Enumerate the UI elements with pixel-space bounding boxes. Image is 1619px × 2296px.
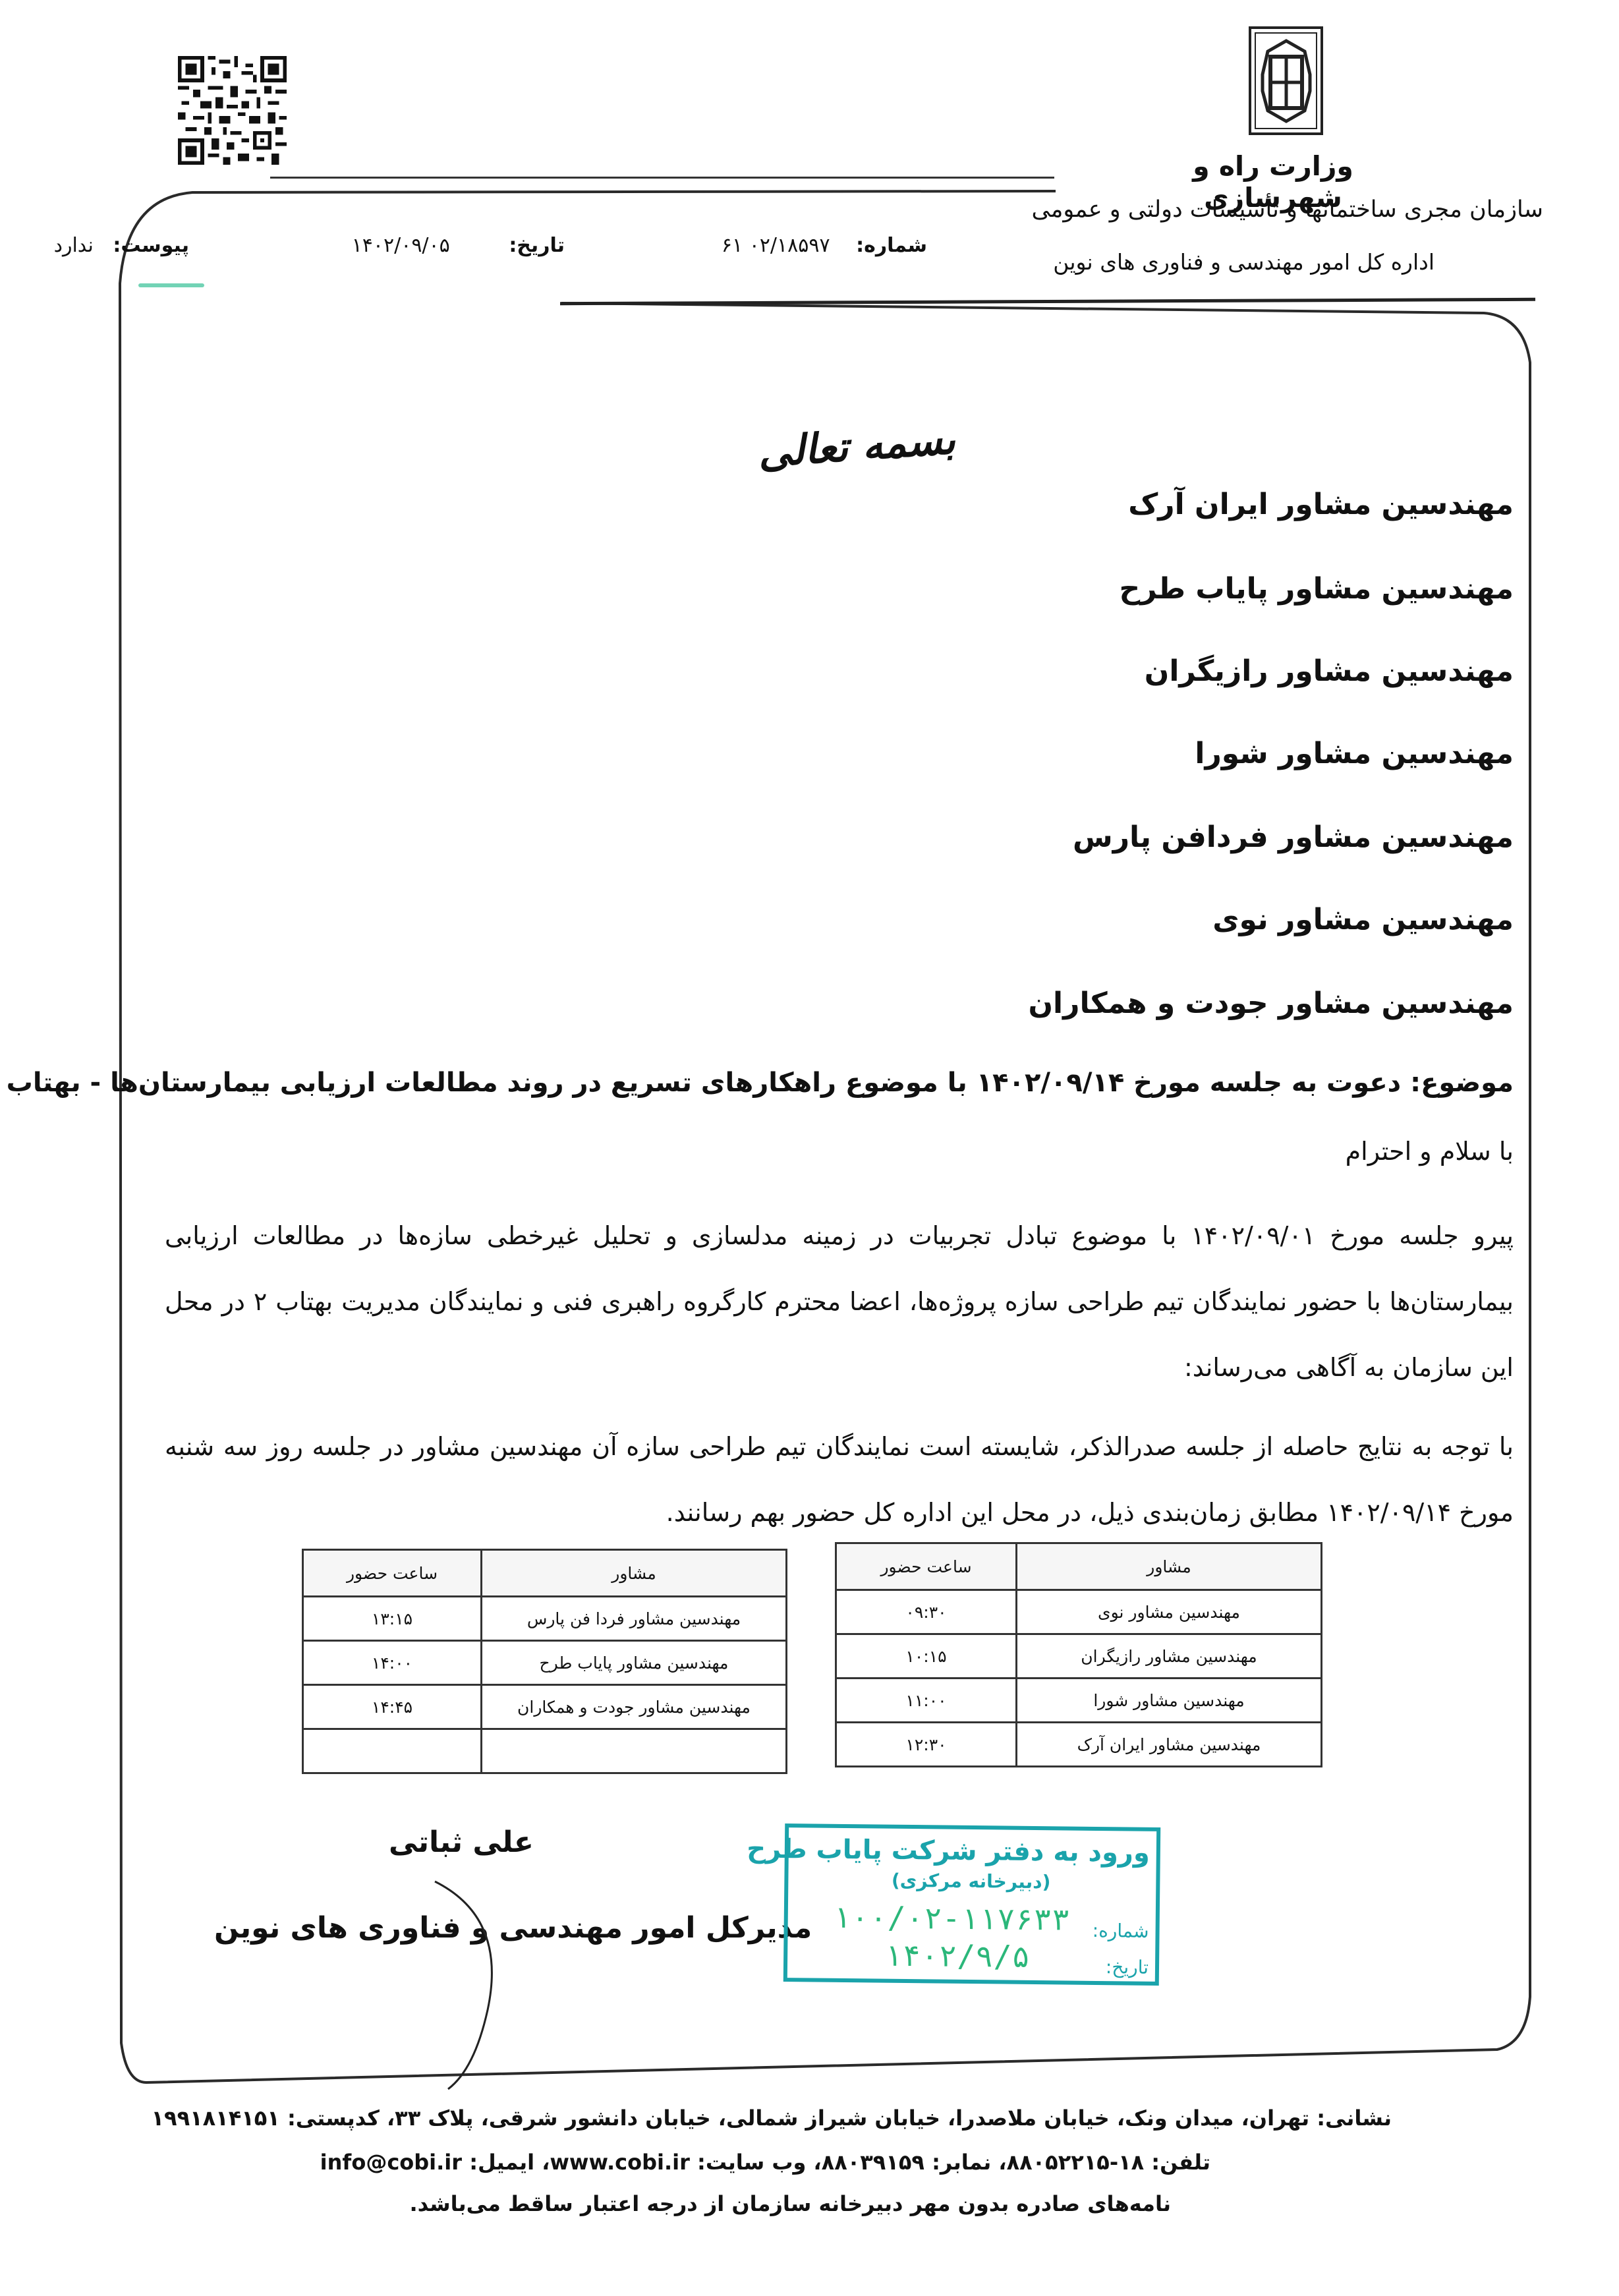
number-label: شماره: bbox=[856, 234, 927, 257]
recipient: مهندسین مشاور پایاب طرح bbox=[1120, 572, 1514, 606]
stamp-subtitle: (دبیرخانه مرکزی) bbox=[892, 1870, 1051, 1893]
letter-subject: موضوع: دعوت به جلسه مورخ ۱۴۰۲/۰۹/۱۴ با م… bbox=[0, 1068, 1514, 1098]
qr-code-icon bbox=[178, 56, 287, 165]
schedule-table-2: مشاور ساعت حضور مهندسین مشاور فردا فن پا… bbox=[302, 1549, 787, 1774]
attachment-value: ندارد bbox=[54, 234, 94, 257]
recipient: مهندسین مشاور جودت و همکاران bbox=[1028, 987, 1514, 1020]
time-cell: ۱۲:۳۰ bbox=[836, 1723, 1017, 1767]
body-paragraph-2: با توجه به نتایج حاصله از جلسه صدرالذکر،… bbox=[165, 1414, 1514, 1545]
window-octagon-emblem-icon bbox=[1255, 32, 1317, 129]
consultant-cell: مهندسین مشاور شورا bbox=[1017, 1679, 1322, 1723]
received-stamp: ورود به دفتر شرکت پایاب طرح (دبیرخانه مر… bbox=[783, 1823, 1160, 1986]
recipient: مهندسین مشاور نوی bbox=[1212, 903, 1514, 936]
stamp-date-label: تاریخ: bbox=[1106, 1956, 1149, 1978]
time-cell: ۰۹:۳۰ bbox=[836, 1590, 1017, 1634]
recipient: مهندسین مشاور رازیگران bbox=[1145, 654, 1514, 688]
signer-name: علی ثباتی bbox=[389, 1825, 534, 1859]
date-value: ۱۴۰۲/۰۹/۰۵ bbox=[352, 234, 450, 257]
time-cell: ۱۰:۱۵ bbox=[836, 1634, 1017, 1679]
handwritten-mark bbox=[138, 283, 204, 287]
table-row bbox=[303, 1729, 787, 1773]
table-row: مهندسین مشاور ایران آرک ۱۲:۳۰ bbox=[836, 1723, 1322, 1767]
recipient: مهندسین مشاور شورا bbox=[1195, 737, 1514, 770]
header-divider bbox=[270, 177, 1054, 179]
time-cell bbox=[303, 1729, 482, 1773]
table-row: مهندسین مشاور پایاب طرح ۱۴:۰۰ bbox=[303, 1641, 787, 1685]
column-header-time: ساعت حضور bbox=[303, 1550, 482, 1597]
consultant-cell: مهندسین مشاور پایاب طرح bbox=[482, 1641, 787, 1685]
consultant-cell: مهندسین مشاور جودت و همکاران bbox=[482, 1685, 787, 1729]
table-row: مهندسین مشاور فردا فن پارس ۱۳:۱۵ bbox=[303, 1597, 787, 1641]
column-header-consultant: مشاور bbox=[1017, 1543, 1322, 1590]
letter-number: شماره: ۰۲/۱۸۵۹۷ ۶۱ bbox=[722, 234, 927, 257]
column-header-consultant: مشاور bbox=[482, 1550, 787, 1597]
consultant-cell: مهندسین مشاور فردا فن پارس bbox=[482, 1597, 787, 1641]
greeting: با سلام و احترام bbox=[1346, 1137, 1514, 1166]
consultant-cell: مهندسین مشاور ایران آرک bbox=[1017, 1723, 1322, 1767]
stamp-date-value: ۱۴۰۲/۹/۵ bbox=[884, 1937, 1030, 1974]
consultant-cell: مهندسین مشاور نوی bbox=[1017, 1590, 1322, 1634]
table-row: مهندسین مشاور جودت و همکاران ۱۴:۴۵ bbox=[303, 1685, 787, 1729]
column-header-time: ساعت حضور bbox=[836, 1543, 1017, 1590]
table-row: مهندسین مشاور نوی ۰۹:۳۰ bbox=[836, 1590, 1322, 1634]
number-value: ۰۲/۱۸۵۹۷ ۶۱ bbox=[722, 234, 830, 257]
recipient: مهندسین مشاور فردافن پارس bbox=[1073, 820, 1514, 854]
letter-attachment: پیوست: ندارد bbox=[54, 234, 189, 257]
consultant-cell: مهندسین مشاور رازیگران bbox=[1017, 1634, 1322, 1679]
time-cell: ۱۴:۰۰ bbox=[303, 1641, 482, 1685]
stamp-number-value: ۱۰۰/۰۲-۱۱۷۶۳۳ bbox=[832, 1899, 1070, 1937]
table-header-row: مشاور ساعت حضور bbox=[303, 1550, 787, 1597]
footer-contact: تلفن: ۱۸-۸۸۰۵۲۲۱۵، نمابر: ۸۸۰۳۹۱۵۹، وب س… bbox=[320, 2150, 1210, 2175]
table-row: مهندسین مشاور شورا ۱۱:۰۰ bbox=[836, 1679, 1322, 1723]
stamp-number-label: شماره: bbox=[1093, 1920, 1149, 1942]
time-cell: ۱۴:۴۵ bbox=[303, 1685, 482, 1729]
time-cell: ۱۳:۱۵ bbox=[303, 1597, 482, 1641]
letter-frame bbox=[113, 191, 1543, 2089]
attachment-label: پیوست: bbox=[113, 234, 189, 257]
body-paragraph-1: پیرو جلسه مورخ ۱۴۰۲/۰۹/۰۱ با موضوع تبادل… bbox=[165, 1203, 1514, 1400]
letter-date: تاریخ: ۱۴۰۲/۰۹/۰۵ bbox=[352, 234, 565, 257]
consultant-cell bbox=[482, 1729, 787, 1773]
ministry-logo bbox=[1249, 26, 1323, 135]
recipient: مهندسین مشاور ایران آرک bbox=[1128, 488, 1514, 521]
footer-notice: نامه‌های صادره بدون مهر دبیرخانه سازمان … bbox=[410, 2191, 1171, 2216]
table-header-row: مشاور ساعت حضور bbox=[836, 1543, 1322, 1590]
stamp-title: ورود به دفتر شرکت پایاب طرح bbox=[747, 1833, 1150, 1868]
footer-address: نشانی: تهران، میدان ونک، خیابان ملاصدرا،… bbox=[152, 2106, 1392, 2131]
signature-stroke-icon bbox=[409, 1878, 540, 2096]
schedule-table-1: مشاور ساعت حضور مهندسین مشاور نوی ۰۹:۳۰ … bbox=[835, 1542, 1322, 1767]
table-row: مهندسین مشاور رازیگران ۱۰:۱۵ bbox=[836, 1634, 1322, 1679]
time-cell: ۱۱:۰۰ bbox=[836, 1679, 1017, 1723]
date-label: تاریخ: bbox=[509, 234, 565, 257]
